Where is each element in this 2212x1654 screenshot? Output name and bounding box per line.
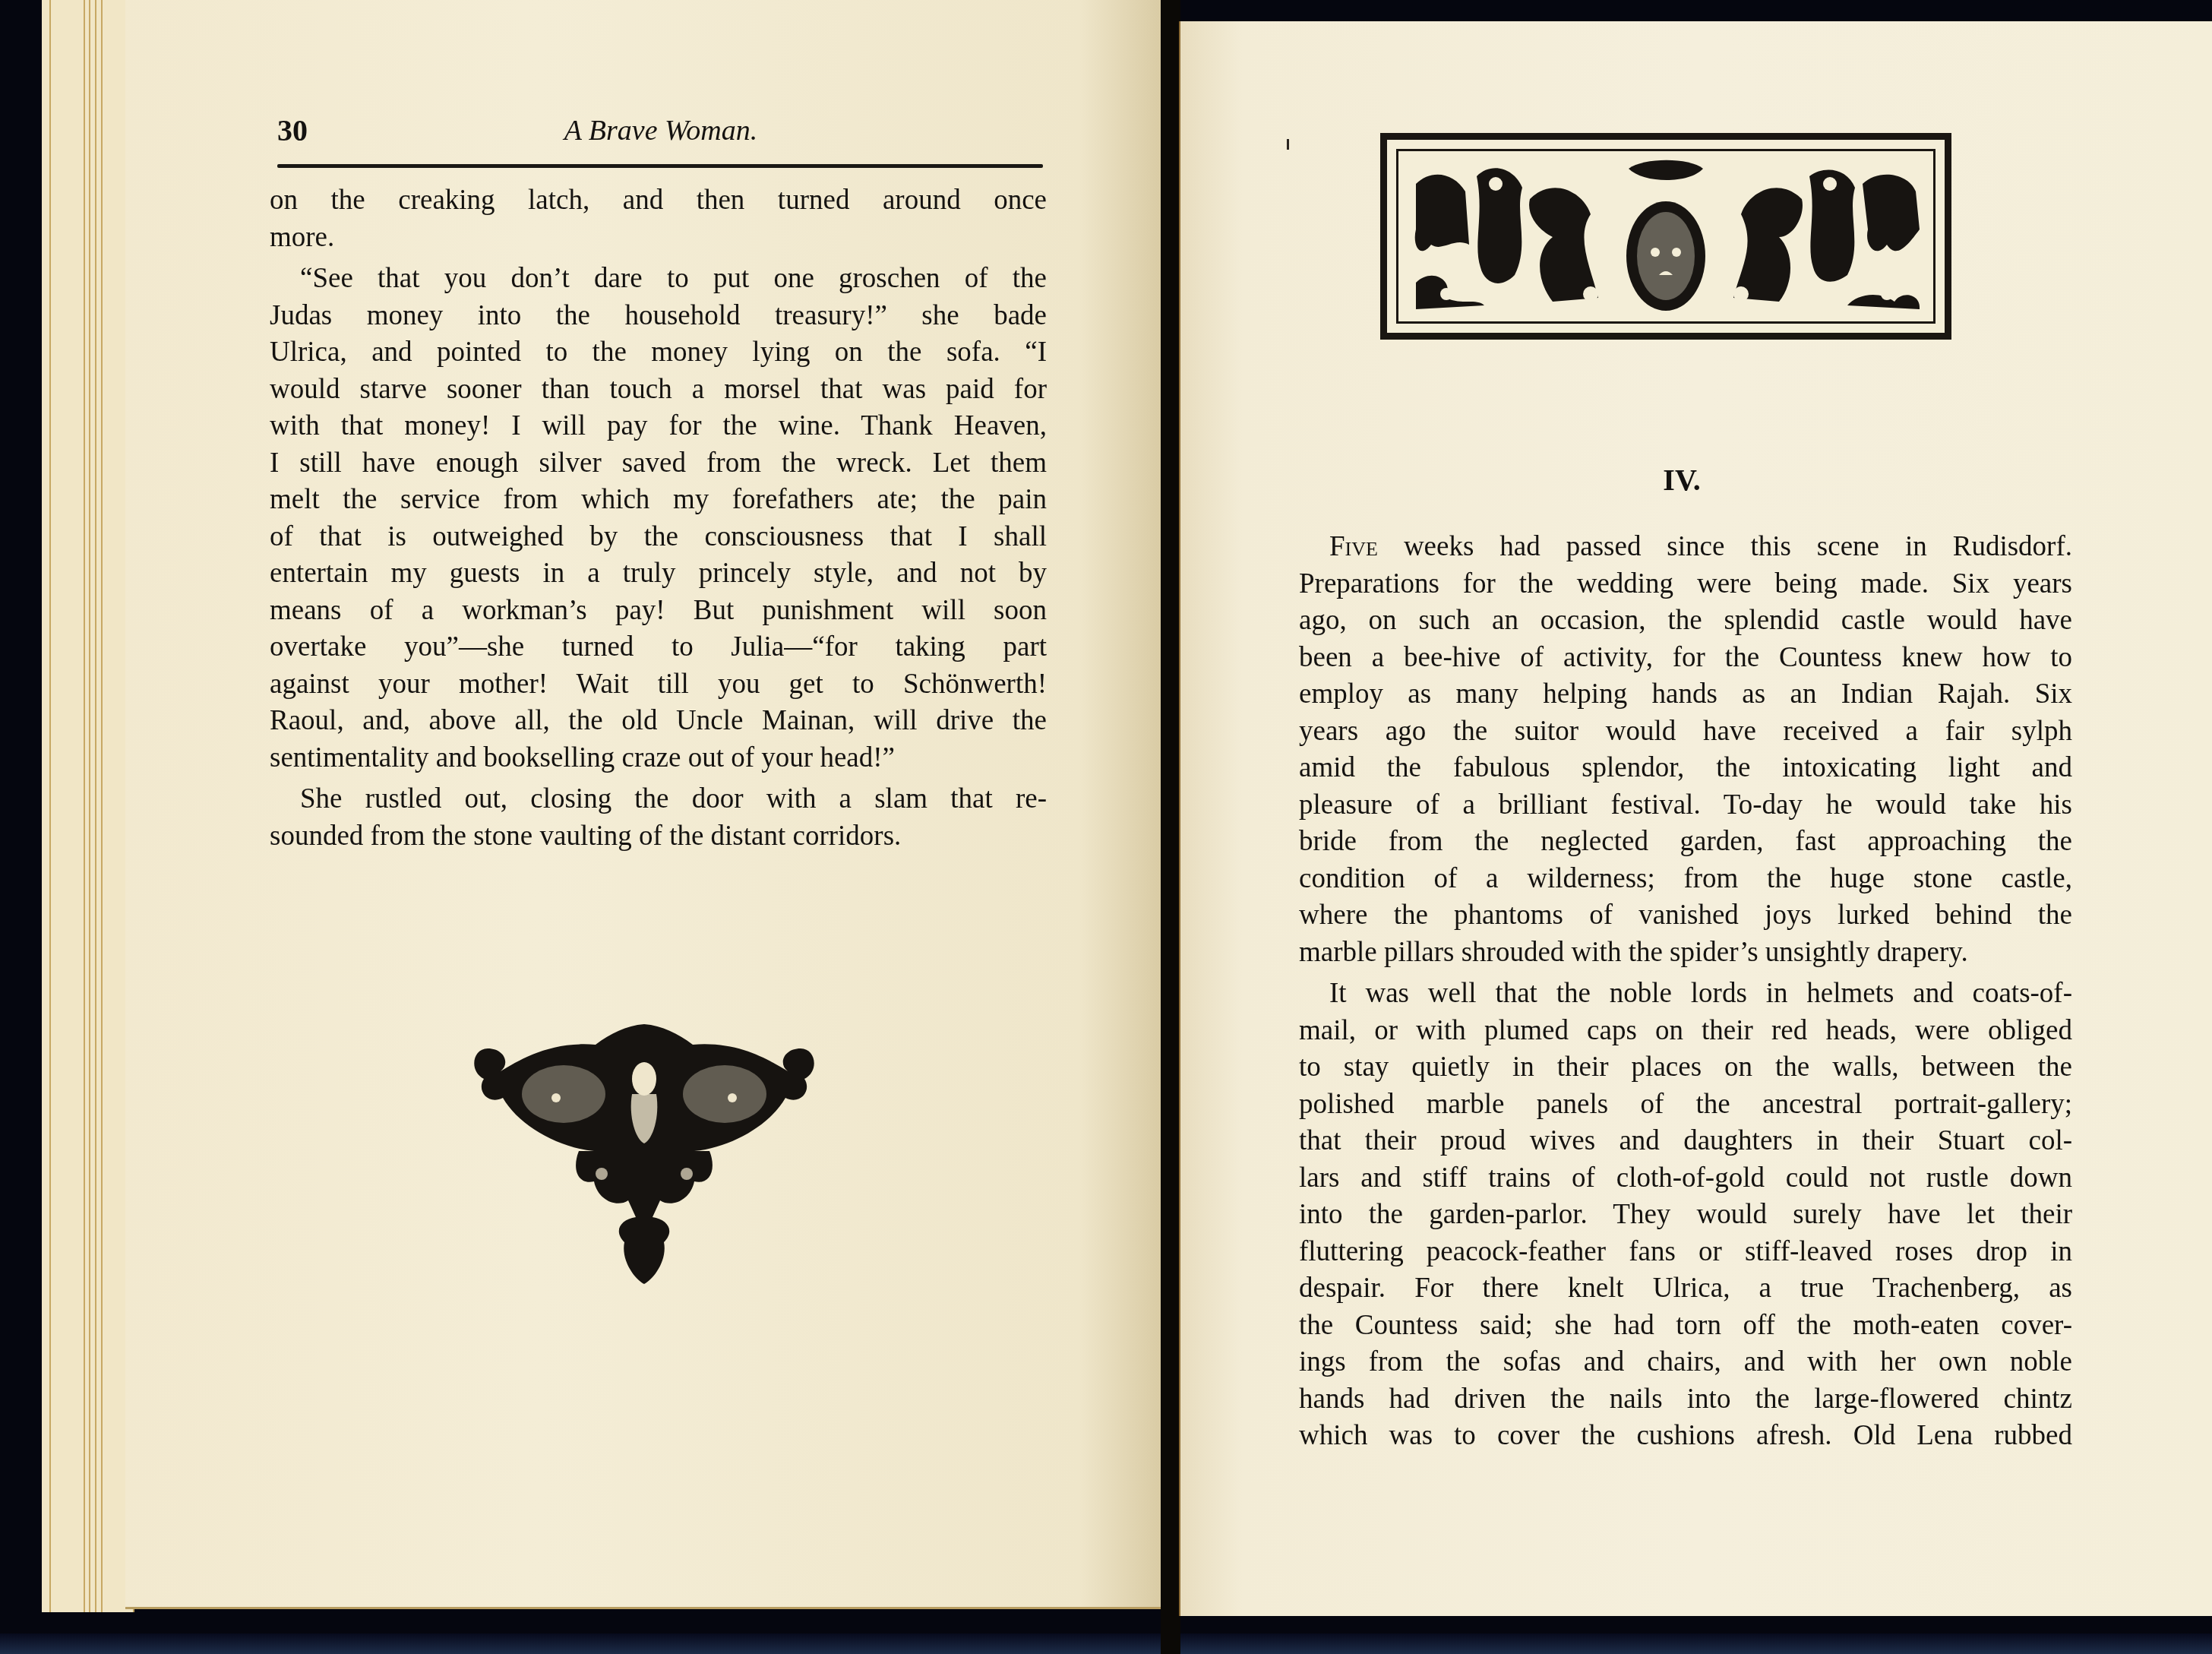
right-page-text: Five weeks had passed since this scene i… — [1299, 529, 2072, 1455]
text-line: fluttering peacock-feather fans or stiff… — [1299, 1234, 2072, 1271]
text-line: entertain my guests in a truly princely … — [270, 555, 1047, 593]
page-edge — [95, 0, 96, 1612]
text-line: into the garden-parlor. They would surel… — [1299, 1197, 2072, 1234]
left-page-text: on the creaking latch, and then turned a… — [270, 182, 1047, 855]
text-line: ings from the sofas and chairs, and with… — [1299, 1344, 2072, 1381]
text-line: melt the service from which my forefathe… — [270, 482, 1047, 519]
text-line: She rustled out, closing the door with a… — [270, 781, 1047, 818]
text-line: been a bee-hive of activity, for the Cou… — [1299, 640, 2072, 677]
text-line: Judas money into the household treasury!… — [270, 298, 1047, 335]
text-line: which was to cover the cushions afresh. … — [1299, 1418, 2072, 1455]
text-line: Ulrica, and pointed to the money lying o… — [270, 334, 1047, 372]
chapter-number: IV. — [1180, 462, 2183, 498]
text-line: marble pillars shrouded with the spider’… — [1299, 935, 2072, 972]
text-line: would starve sooner than touch a morsel … — [270, 372, 1047, 409]
text-line: I still have enough silver saved from th… — [270, 445, 1047, 482]
text-line: employ as many helping hands as an India… — [1299, 676, 2072, 713]
text-line: It was well that the noble lords in helm… — [1299, 976, 2072, 1013]
text-line: condition of a wilderness; from the huge… — [1299, 861, 2072, 898]
text-line: years ago the suitor would have received… — [1299, 713, 2072, 751]
print-mark — [1287, 139, 1289, 150]
text-line: overtake you”—she turned to Julia—“for t… — [270, 629, 1047, 666]
tailpiece-ornament-icon — [465, 1018, 823, 1286]
text-line-rest: weeks had passed since this scene in Rud… — [1378, 531, 2072, 562]
text-line: despair. For there knelt Ulrica, a true … — [1299, 1270, 2072, 1308]
text-line: polished marble panels of the ancestral … — [1299, 1086, 2072, 1124]
text-line: Raoul, and, above all, the old Uncle Mai… — [270, 703, 1047, 740]
text-line: where the phantoms of vanished joys lurk… — [1299, 897, 2072, 935]
header-rule — [277, 164, 1043, 168]
headpiece-ornament — [1380, 133, 1951, 340]
page-edge — [89, 0, 90, 1612]
running-head: 30 A Brave Woman. — [277, 112, 1044, 158]
text-line: mail, or with plumed caps on their red h… — [1299, 1013, 2072, 1050]
text-line: against your mother! Wait till you get t… — [270, 666, 1047, 704]
right-page: IV. Five weeks had passed since this sce… — [1179, 21, 2212, 1616]
running-title: A Brave Woman. — [277, 114, 1044, 147]
text-line: with that money! I will pay for the wine… — [270, 408, 1047, 445]
page-edge — [84, 0, 85, 1612]
text-line: that their proud wives and daughters in … — [1299, 1123, 2072, 1160]
text-line: Preparations for the wedding were being … — [1299, 566, 2072, 603]
chapter-opening-smallcaps: Five — [1329, 531, 1378, 562]
page-edge — [101, 0, 103, 1612]
text-line: of that is outweighed by the consciousne… — [270, 519, 1047, 556]
text-line: on the creaking latch, and then turned a… — [270, 182, 1047, 220]
text-line: amid the fabulous splendor, the intoxica… — [1299, 750, 2072, 787]
headpiece-woodcut-icon — [1401, 153, 1931, 319]
text-line: to stay quietly in their places on the w… — [1299, 1049, 2072, 1086]
scanner-backdrop — [0, 1633, 2212, 1654]
page-edge — [49, 0, 51, 1612]
text-line: the Countess said; she had torn off the … — [1299, 1308, 2072, 1345]
left-page: 30 A Brave Woman. on the creaking latch,… — [125, 0, 1162, 1609]
text-line: means of a workman’s pay! But punishment… — [270, 593, 1047, 630]
text-line: Five weeks had passed since this scene i… — [1299, 529, 2072, 566]
page-edges-stack — [42, 0, 134, 1612]
text-line: more. — [270, 220, 1047, 257]
text-line: bride from the neglected garden, fast ap… — [1299, 824, 2072, 861]
text-line: hands had driven the nails into the larg… — [1299, 1381, 2072, 1418]
text-line: sentimentality and bookselling craze out… — [270, 740, 1047, 777]
text-line: “See that you don’t dare to put one gros… — [270, 261, 1047, 298]
book-gutter — [1161, 0, 1180, 1654]
text-line: ago, on such an occasion, the splendid c… — [1299, 602, 2072, 640]
text-line: sounded from the stone vaulting of the d… — [270, 818, 1047, 855]
text-line: pleasure of a brilliant festival. To-day… — [1299, 787, 2072, 824]
text-line: lars and stiff trains of cloth-of-gold c… — [1299, 1160, 2072, 1197]
